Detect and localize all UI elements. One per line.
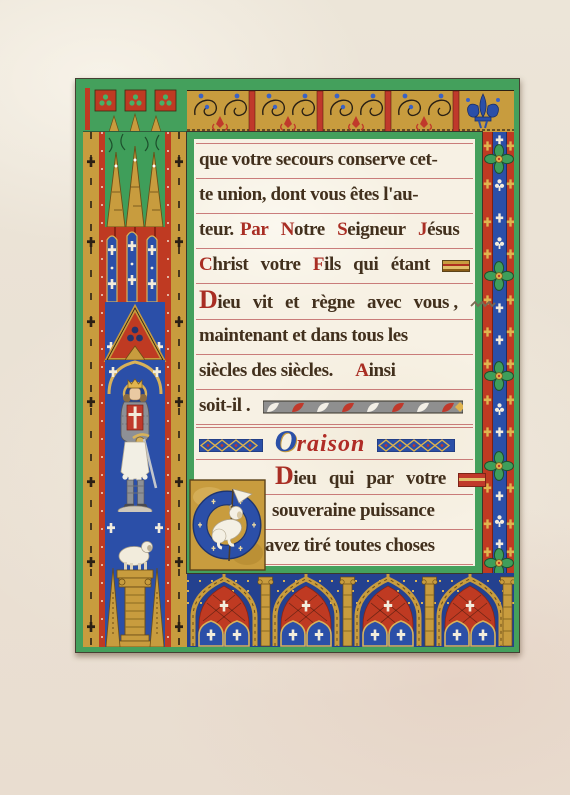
- top-scrollwork-frieze: [187, 86, 514, 132]
- heading-rest: raison: [297, 431, 366, 457]
- line-text: étant: [391, 254, 430, 275]
- text-line: te union, dont vous êtes l'au-: [199, 178, 475, 213]
- rubric-initial: C: [199, 254, 212, 275]
- line-text: votre: [261, 254, 301, 275]
- line-text: et: [285, 292, 299, 313]
- bottom-gothic-arcade: [187, 573, 514, 647]
- line-text: que votre secours conserve cet-: [199, 149, 437, 170]
- line-text: avez tiré toutes choses: [265, 535, 435, 556]
- line-text: soit-il .: [199, 395, 250, 416]
- line-text: Jésus: [418, 219, 459, 240]
- text-line: Dieu vit et règne avec vous ,: [199, 283, 475, 318]
- line-text: vous ,: [414, 292, 458, 313]
- line-text: siècles des siècles.: [199, 360, 333, 381]
- line-text: ieu: [293, 468, 316, 489]
- rubric-initial: J: [418, 219, 427, 240]
- rubric-initial: F: [313, 254, 324, 275]
- text-line: Christ votre Fils qui étant: [199, 248, 475, 283]
- line-text-rubric: Par: [240, 219, 268, 240]
- rubric-initial: A: [355, 360, 368, 381]
- line-text: maintenant et dans tous les: [199, 325, 408, 346]
- heading-text: Oraison: [275, 431, 366, 457]
- left-border-cathedral-pier: [83, 132, 187, 647]
- silver-leaf-scroll-band: [263, 400, 463, 414]
- top-left-trefoil-squares: [83, 86, 187, 132]
- line-text: Ainsi: [355, 360, 395, 381]
- line-text: insi: [369, 360, 396, 381]
- line-text: ieu: [217, 292, 240, 313]
- line-text: par: [366, 468, 393, 489]
- line-text: ésus: [427, 219, 459, 240]
- rubric-initial: D: [275, 461, 293, 490]
- line-text: teur.: [199, 219, 234, 240]
- line-text: qui: [329, 468, 354, 489]
- text-line: teur. Par Notre Seigneur Jésus: [199, 213, 475, 248]
- text-line: siècles des siècles. Ainsi: [199, 354, 475, 389]
- rubric-initial: D: [199, 285, 217, 314]
- text-line: maintenant et dans tous les: [199, 319, 475, 354]
- line-text: Christ: [199, 254, 248, 275]
- line-text: hrist: [212, 254, 248, 275]
- rubric-initial: N: [281, 219, 294, 240]
- heading-initial: O: [275, 423, 297, 458]
- line-text: règne: [311, 292, 354, 313]
- illuminated-page-panel: que votre secours conserve cet- te union…: [75, 78, 520, 653]
- line-text: Dieu: [199, 292, 240, 313]
- line-text: eigneur: [347, 219, 405, 240]
- line-text: ils: [324, 254, 341, 275]
- text-line: que votre secours conserve cet-: [199, 143, 475, 178]
- blue-diamond-lattice-band: [377, 439, 455, 452]
- red-double-bar-line-filler: [458, 473, 486, 487]
- text-block: que votre secours conserve cet- te union…: [187, 132, 482, 573]
- text-line: soit-il .: [199, 389, 475, 424]
- right-border-cross-band: [483, 132, 514, 573]
- gold-bar-line-filler: [442, 260, 470, 272]
- blue-diamond-lattice-band: [199, 439, 263, 452]
- pen-squiggle-line-filler: [470, 299, 496, 309]
- line-text: qui: [353, 254, 378, 275]
- line-text: Fils: [313, 254, 341, 275]
- rubric-initial: S: [337, 219, 347, 240]
- line-text: Dieu: [275, 468, 316, 489]
- line-text: souveraine puissance: [272, 500, 435, 521]
- line-text: vit: [253, 292, 273, 313]
- line-text: votre: [406, 468, 446, 489]
- line-text: otre: [294, 219, 325, 240]
- line-text: te union, dont vous êtes l'au-: [199, 184, 418, 205]
- line-text: Notre: [281, 219, 325, 240]
- line-text: avec: [367, 292, 401, 313]
- heading-line: Oraison: [199, 424, 475, 459]
- line-text: Seigneur: [337, 219, 406, 240]
- initial-o-agnus-dei: [189, 479, 266, 571]
